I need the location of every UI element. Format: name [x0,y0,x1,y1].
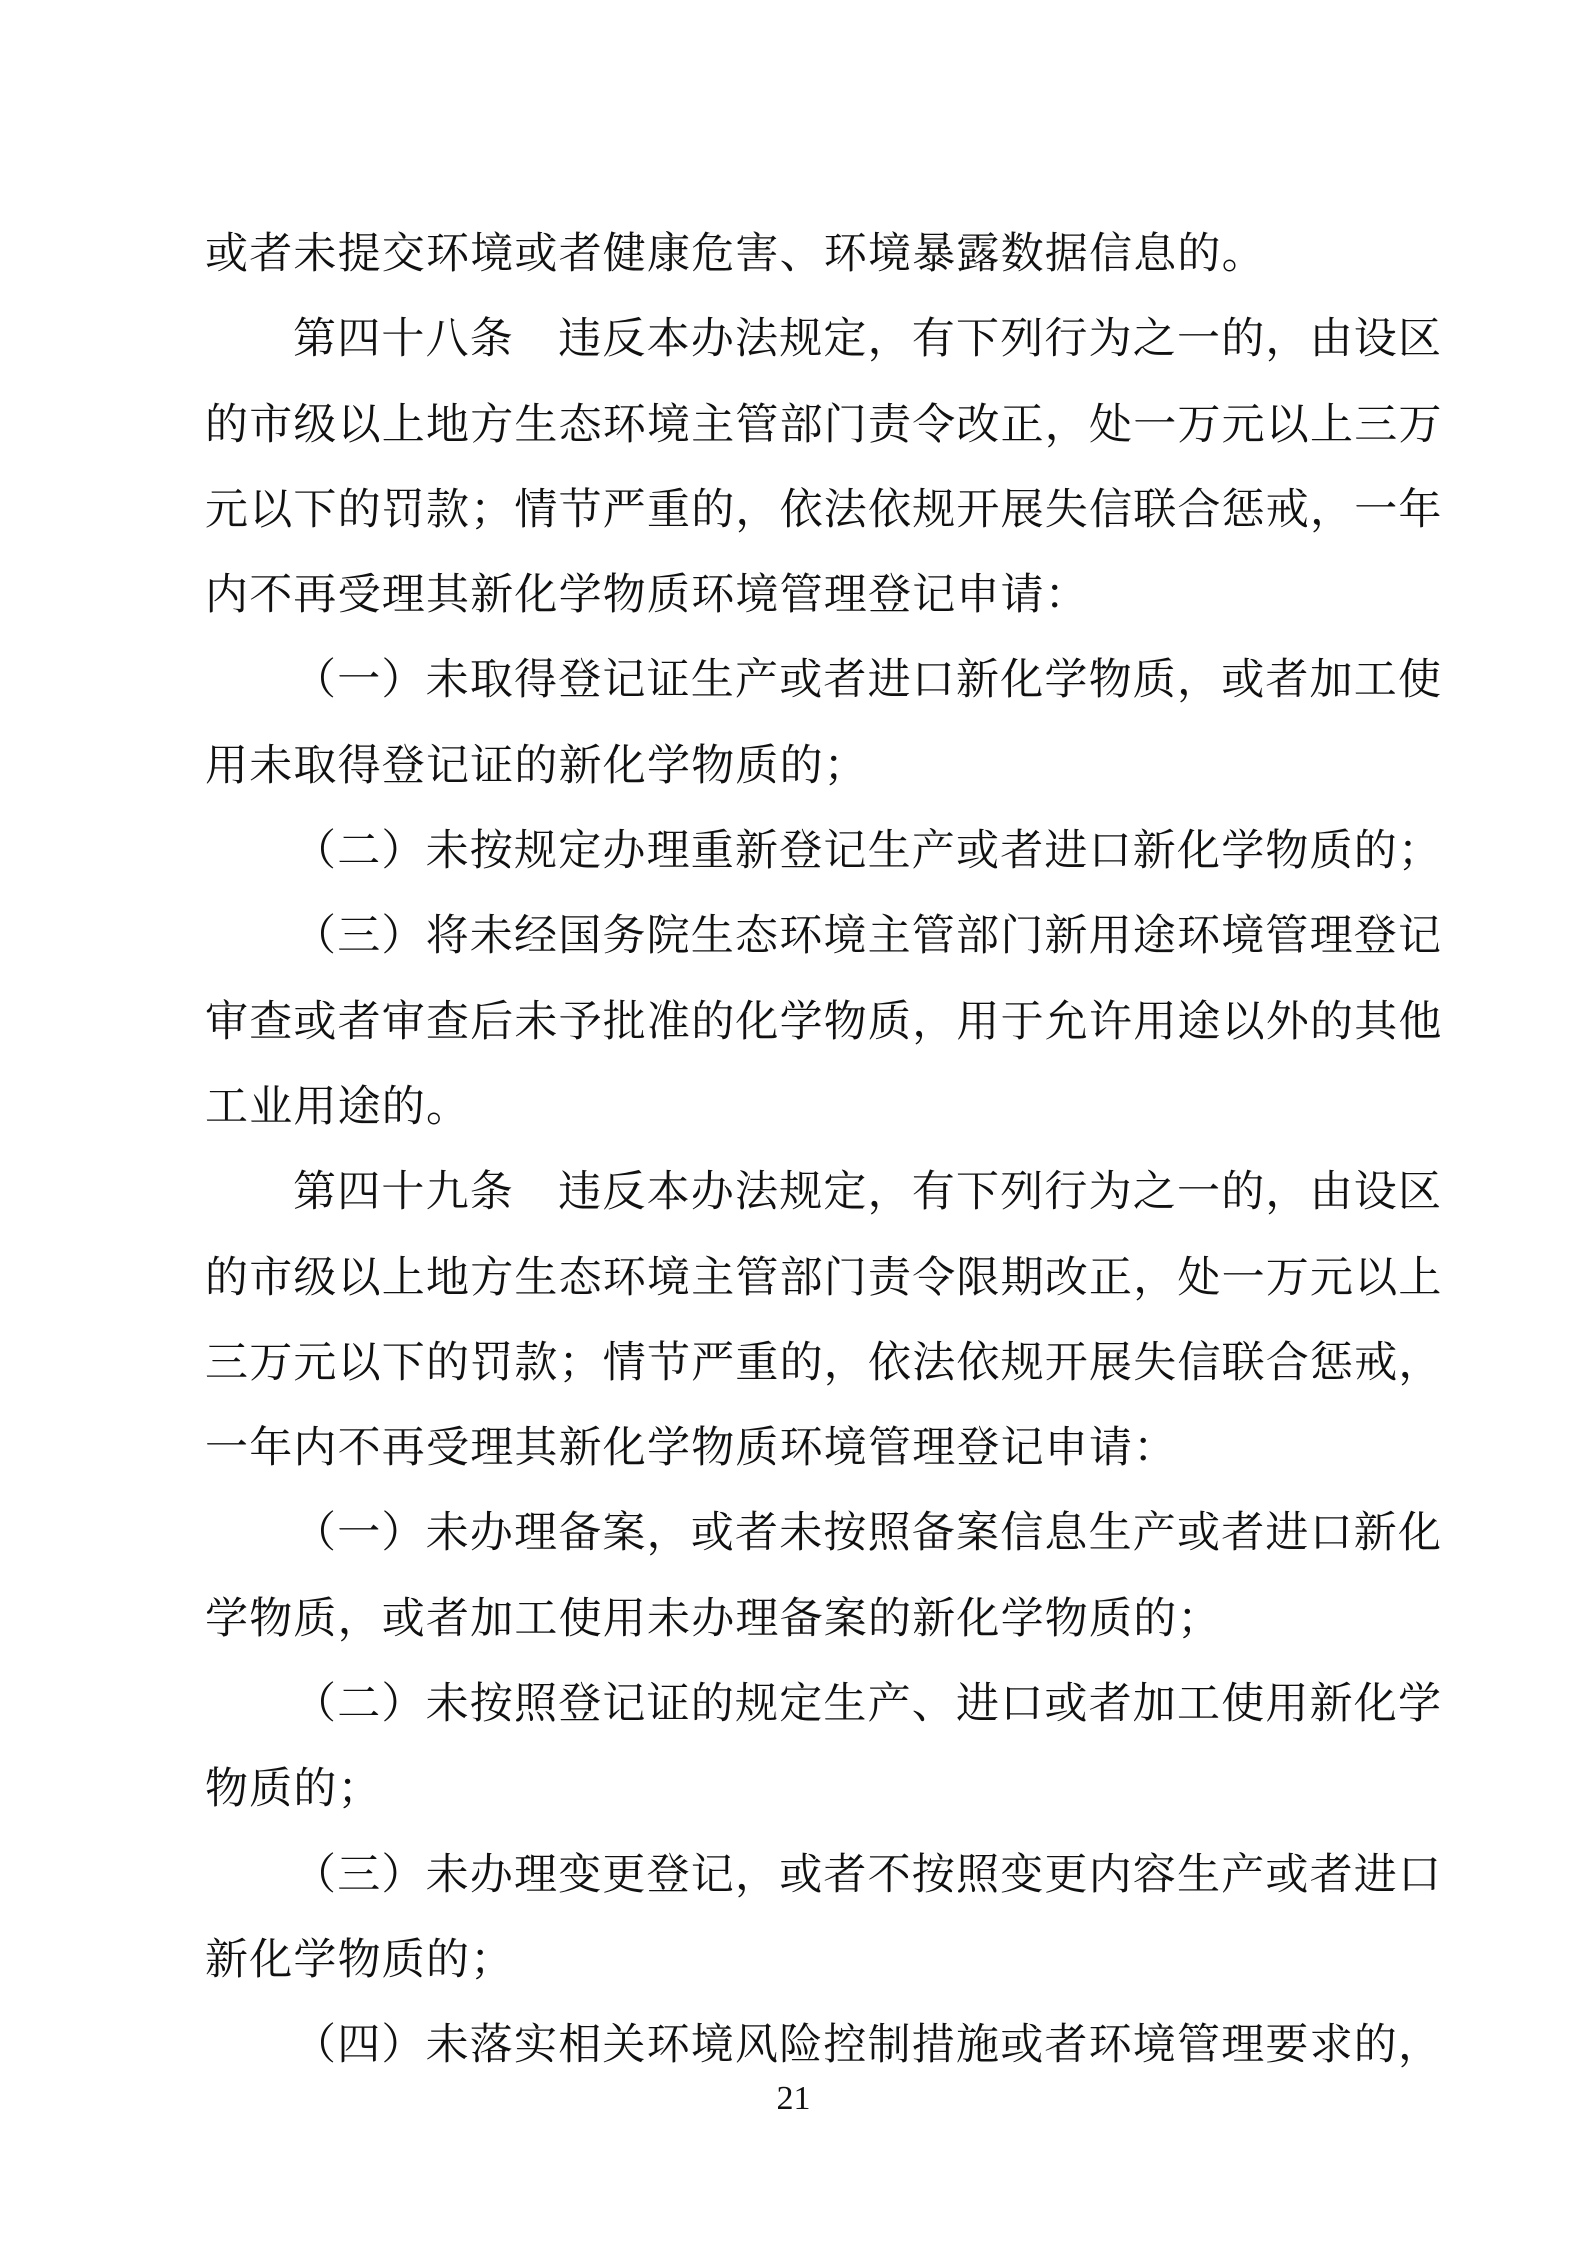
text-line: 元以下的罚款；情节严重的，依法依规开展失信联合惩戒，一年 [205,482,1397,567]
text-line: 一年内不再受理其新化学物质环境管理登记申请： [205,1420,1397,1505]
text-line: 物质的； [205,1761,1397,1846]
list-item-line: （三）将未经国务院生态环境主管部门新用途环境管理登记 [205,908,1397,993]
article-49-heading-line: 第四十九条 违反本办法规定，有下列行为之一的，由设区 [205,1164,1397,1249]
text-line: 学物质，或者加工使用未办理备案的新化学物质的； [205,1591,1397,1676]
list-item-line: （二）未按照登记证的规定生产、进口或者加工使用新化学 [205,1676,1397,1761]
text-line: 的市级以上地方生态环境主管部门责令限期改正，处一万元以上 [205,1250,1397,1335]
text-line: 或者未提交环境或者健康危害、环境暴露数据信息的。 [205,226,1397,311]
text-line: 审查或者审查后未予批准的化学物质，用于允许用途以外的其他 [205,994,1397,1079]
text-line: 的市级以上地方生态环境主管部门责令改正，处一万元以上三万 [205,397,1397,482]
article-48-heading-line: 第四十八条 违反本办法规定，有下列行为之一的，由设区 [205,311,1397,396]
text-line: 新化学物质的； [205,1932,1397,2017]
page-number: 21 [0,2080,1587,2118]
list-item-line: （一）未取得登记证生产或者进口新化学物质，或者加工使 [205,652,1397,737]
list-item-line: （一）未办理备案，或者未按照备案信息生产或者进口新化 [205,1505,1397,1590]
list-item-line: （二）未按规定办理重新登记生产或者进口新化学物质的； [205,823,1397,908]
text-line: 内不再受理其新化学物质环境管理登记申请： [205,567,1397,652]
list-item-line: （三）未办理变更登记，或者不按照变更内容生产或者进口 [205,1847,1397,1932]
text-line: 用未取得登记证的新化学物质的； [205,738,1397,823]
text-line: 工业用途的。 [205,1079,1397,1164]
document-page-body: 或者未提交环境或者健康危害、环境暴露数据信息的。 第四十八条 违反本办法规定，有… [205,226,1397,2103]
text-line: 三万元以下的罚款；情节严重的，依法依规开展失信联合惩戒， [205,1335,1397,1420]
